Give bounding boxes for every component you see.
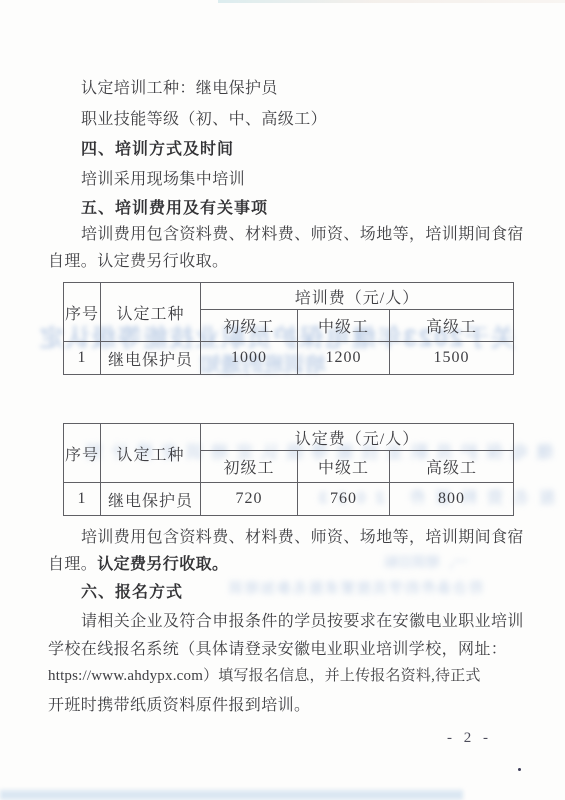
t2-cell-fee-mid: 760 — [298, 483, 390, 516]
para-signup-line-1: 请相关企业及符合申报条件的学员按要求在安徽电业职业培训 — [81, 608, 524, 631]
t1-header-level-senior: 高级工 — [390, 310, 514, 342]
t1-header-level-mid: 中级工 — [298, 310, 390, 342]
para-signup-line-4: 开班时携带纸质资料原件报到培训。 — [48, 692, 310, 715]
table-row: 1 继电保护员 1000 1200 1500 — [64, 342, 514, 375]
t1-cell-fee-senior: 1500 — [390, 342, 514, 375]
t1-cell-worktype: 继电保护员 — [101, 342, 201, 375]
t2-header-level-mid: 中级工 — [298, 451, 390, 483]
t2-header-level-senior: 高级工 — [390, 451, 514, 483]
t1-header-fee: 培训费（元/人） — [201, 283, 514, 310]
t2-cell-no: 1 — [64, 483, 101, 516]
t1-header-worktype: 认定工种 — [101, 283, 201, 342]
t1-cell-fee-mid: 1200 — [298, 342, 390, 375]
t2-header-no: 序号 — [64, 424, 101, 483]
t2-header-fee: 认定费（元/人） — [201, 424, 514, 451]
heading-section-4: 四、培训方式及时间 — [81, 136, 234, 159]
certification-fee-table: 序号 认定工种 认定费（元/人） 初级工 中级工 高级工 1 继电保护员 720… — [63, 423, 514, 516]
para-fee-line-2: 自理。认定费另行收取。 — [48, 248, 228, 271]
t1-header-no: 序号 — [64, 283, 101, 342]
para-fee2-line-2: 自理。认定费另行收取。 — [48, 551, 228, 574]
line-cert-worktype: 认定培训工种：继电保护员 — [81, 75, 278, 98]
ink-dot-artifact — [518, 768, 521, 771]
t2-header-worktype: 认定工种 — [101, 424, 201, 483]
line-training-method: 培训采用现场集中培训 — [81, 166, 245, 189]
t1-cell-no: 1 — [64, 342, 101, 375]
line-skill-level: 职业技能等级（初、中、高级工） — [81, 106, 327, 129]
training-fee-table: 序号 认定工种 培训费（元/人） 初级工 中级工 高级工 1 继电保护员 100… — [63, 282, 514, 375]
scan-edge-top-artifact — [218, 0, 565, 3]
heading-section-5: 五、培训费用及有关事项 — [81, 195, 268, 218]
t2-cell-worktype: 继电保护员 — [101, 483, 201, 516]
para-fee-line-1: 培训费用包含资料费、材料费、师资、场地等，培训期间食宿 — [81, 221, 524, 244]
bleedthrough-mark-3: 一、培训目标 — [376, 552, 468, 572]
t2-header-level-junior: 初级工 — [201, 451, 298, 483]
t2-cell-fee-junior: 720 — [201, 483, 298, 516]
para-fee2-line-1: 培训费用包含资料费、材料费、师资、场地等，培训期间食宿 — [81, 524, 524, 547]
table-row: 1 继电保护员 720 760 800 — [64, 483, 514, 516]
para-signup-line-3-url: https://www.ahdypx.com）填写报名信息，并上传报名资料,待正… — [48, 664, 481, 685]
para-signup-line-2: 学校在线报名系统（具体请登录安徽电业职业培训学校，网址： — [48, 636, 507, 659]
heading-section-6: 六、报名方式 — [81, 579, 183, 602]
page-number: - 2 - — [447, 730, 492, 747]
t2-cell-fee-senior: 800 — [390, 483, 514, 516]
bleedthrough-mark-4: 符合条件的学员按要求报名参加培训 — [283, 578, 483, 598]
t1-cell-fee-junior: 1000 — [201, 342, 298, 375]
t1-header-level-junior: 初级工 — [201, 310, 298, 342]
scan-edge-bottom-artifact — [0, 790, 463, 800]
fee2-note-bold: 认定费另行收取。 — [97, 556, 228, 573]
document-page: 关于2023年继电保护员职业技能等级认定 培训班的通知 继电保护员职业技能等级认… — [0, 0, 565, 800]
fee2-note-prefix: 自理。 — [48, 556, 97, 573]
